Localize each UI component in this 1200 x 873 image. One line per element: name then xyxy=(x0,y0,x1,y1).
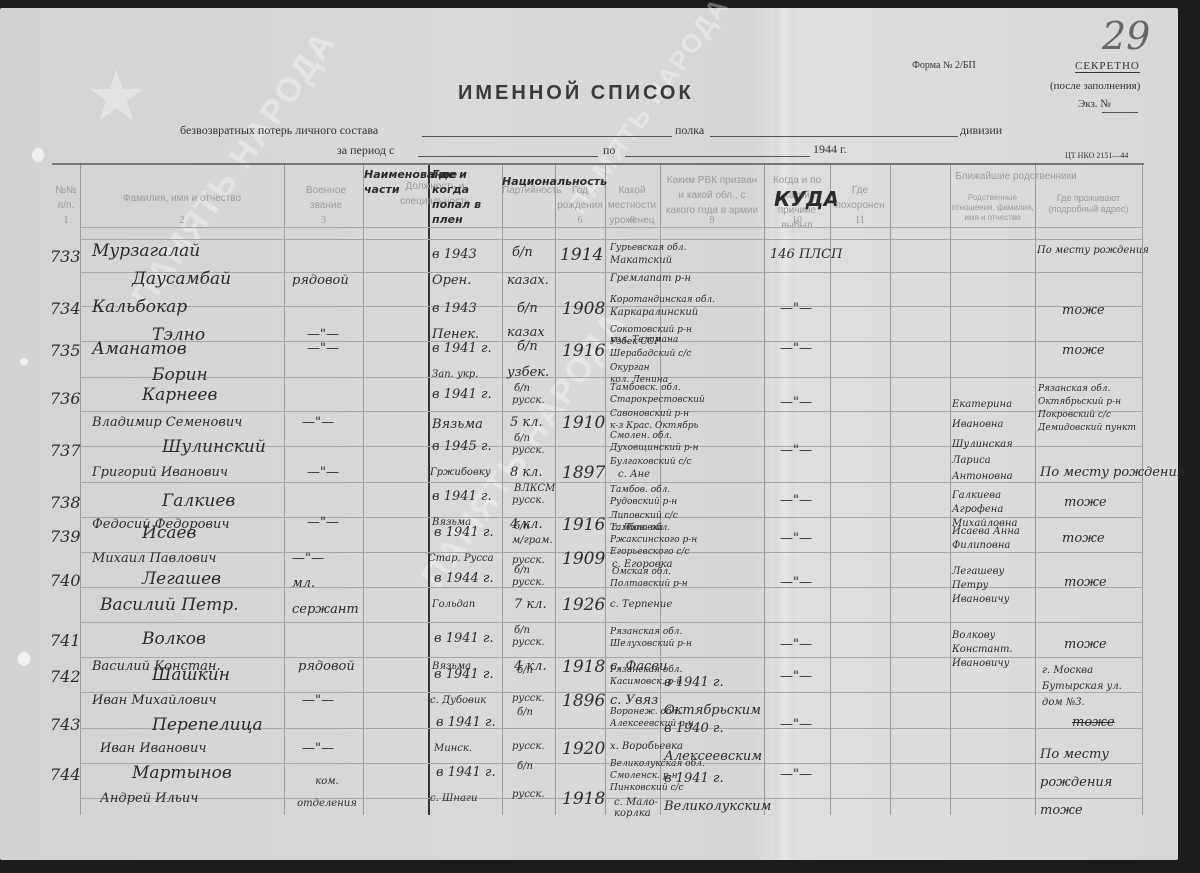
captured-where: Орен. xyxy=(432,273,471,288)
party: б/п xyxy=(512,245,533,260)
regiment-field[interactable] xyxy=(710,136,958,137)
relative-address: По месту рождения xyxy=(1037,245,1149,256)
period-from-field[interactable] xyxy=(418,156,598,157)
given-names: Даусамбай xyxy=(132,269,231,289)
col-header-no: №№ п/п. xyxy=(52,183,80,213)
after-fill-note: (после заполнения) xyxy=(1050,80,1140,92)
table-row: 744 Мартынов Андрей Ильич ком. отделения… xyxy=(52,801,1144,871)
col-header-captured-handwritten: Где и когда попал в плен xyxy=(432,167,496,227)
col-header-unit-handwritten: Наименование части xyxy=(364,167,424,197)
nationality: казах. xyxy=(507,273,549,288)
col-header-rvk: Каким РВК призван и какой обл., с какого… xyxy=(664,173,760,218)
subtitle-label: безвозвратных потерь личного состава xyxy=(180,123,378,138)
period-label: за период с xyxy=(337,143,394,158)
period-to-label: по xyxy=(603,143,615,158)
col-header-relatives: Ближайшие родственники xyxy=(890,169,1142,184)
col-header-rank: Военное звание xyxy=(302,183,350,213)
col-header-birth-year: Год рождения xyxy=(555,183,605,213)
regiment-label: полка xyxy=(675,123,704,138)
page-title: ИМЕННОЙ СПИСОК xyxy=(458,82,694,105)
losses-field[interactable] xyxy=(422,136,672,137)
relative-name: Екатерина Ивановна xyxy=(952,395,1034,435)
col-header-name: Фамилия, имя и отчество xyxy=(80,191,284,206)
print-code: ЦТ НКО 2151—44 xyxy=(1065,151,1128,160)
punch-hole xyxy=(32,148,44,162)
col-header-address: Где проживают (подробный адрес) xyxy=(1035,193,1142,215)
watermark-star-icon: ★ xyxy=(85,55,148,138)
col-header-relation: Родственные отношения, фамилия, имя и от… xyxy=(950,193,1035,223)
period-to-field[interactable] xyxy=(625,156,810,157)
secret-stamp: СЕКРЕТНО xyxy=(1075,60,1140,73)
surname: Мурзагалай xyxy=(92,241,200,261)
sheet-number: 29 xyxy=(1102,14,1150,58)
where-sent: 146 ПЛСП xyxy=(770,247,842,262)
captured-when: в 1943 xyxy=(432,247,477,262)
punch-hole xyxy=(20,358,28,366)
copy-number-label: Экз. № xyxy=(1078,98,1111,110)
division-label: дивизии xyxy=(960,123,1002,138)
birth-year: 1914 xyxy=(560,245,603,265)
punch-hole xyxy=(18,652,30,666)
col-header-nationality-handwritten: Национальность xyxy=(502,167,562,197)
year-label: 1944 г. xyxy=(813,142,847,157)
form-number: Форма № 2/БП xyxy=(912,60,976,71)
col-header-buried: Где похоронен xyxy=(830,183,890,213)
rank: рядовой xyxy=(292,273,349,288)
row-number: 733 xyxy=(50,247,81,266)
